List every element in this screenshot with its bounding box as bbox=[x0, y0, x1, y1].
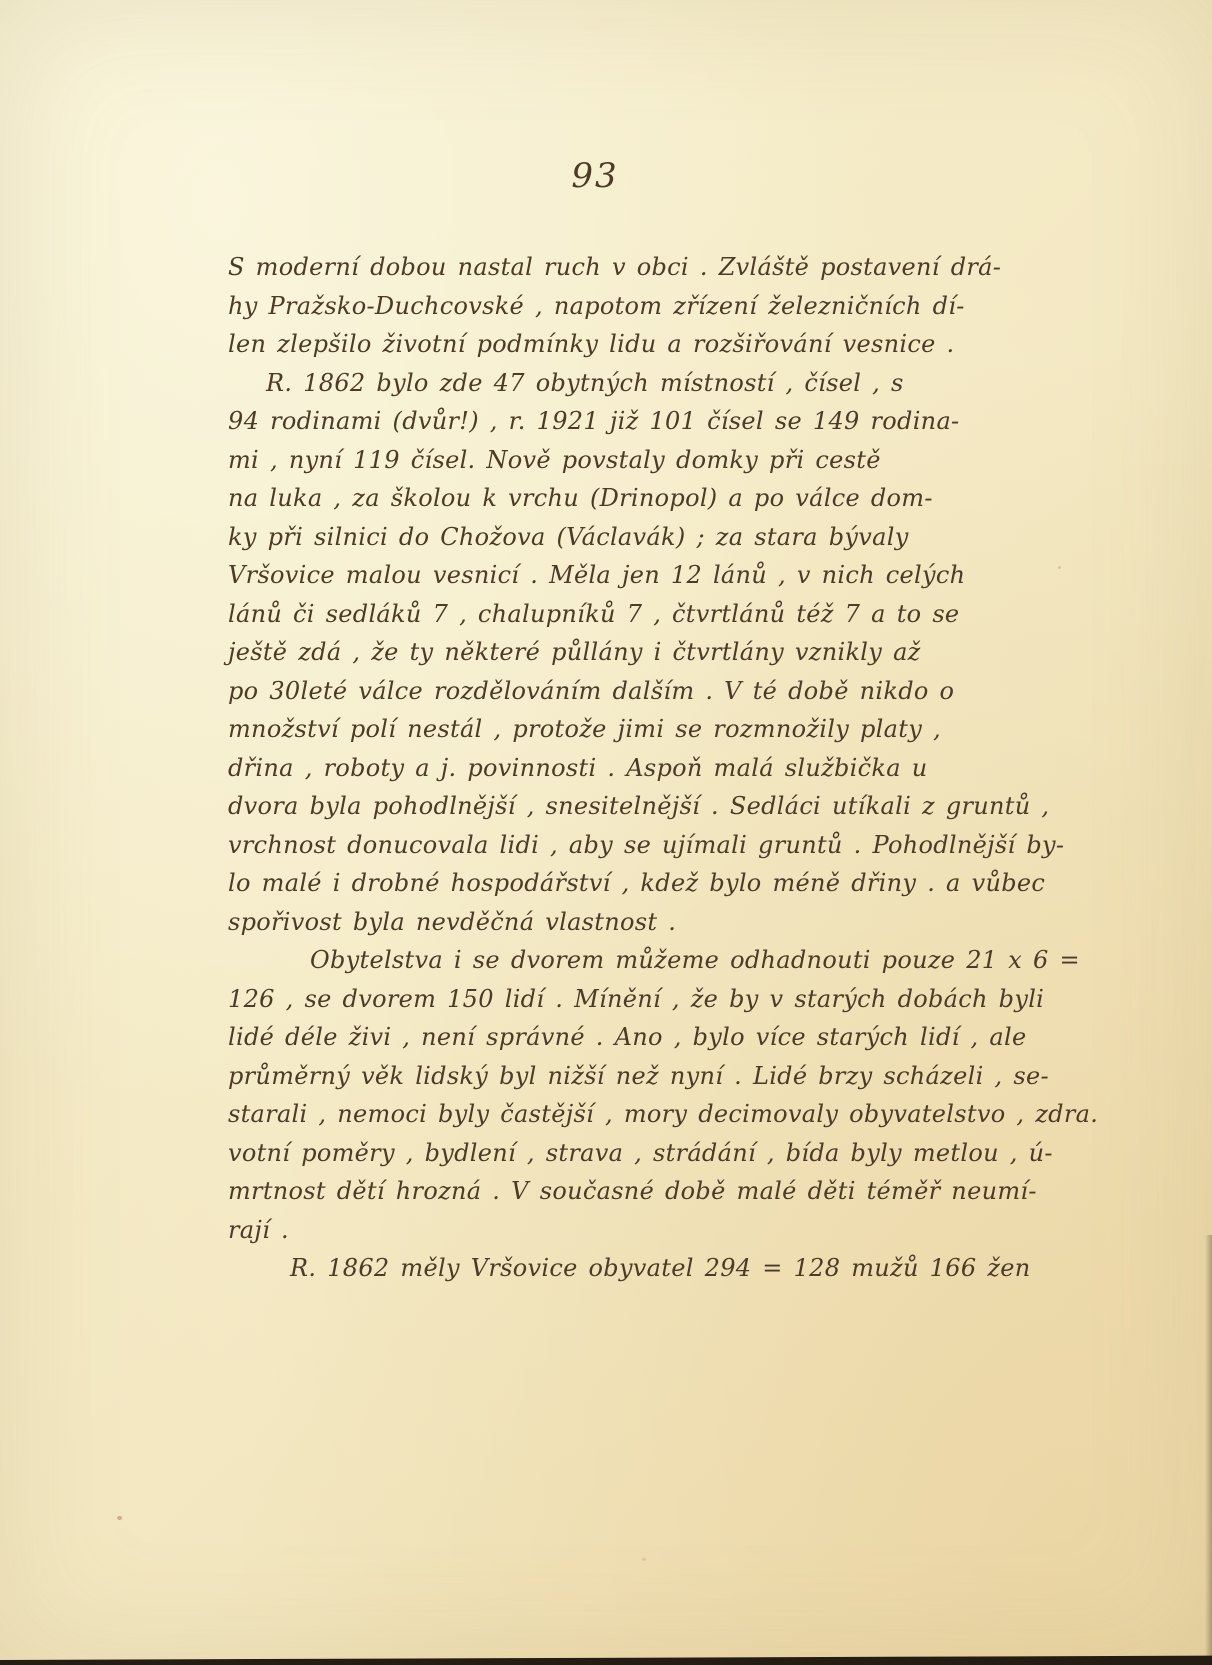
text-line: ještě zdá , že ty některé půllány i čtvr… bbox=[228, 633, 1048, 672]
text-line: votní poměry , bydlení , strava , strádá… bbox=[228, 1134, 1048, 1173]
paper-stain bbox=[642, 1558, 646, 1561]
text-line: rají . bbox=[228, 1211, 1048, 1250]
text-line: S moderní dobou nastal ruch v obci . Zvl… bbox=[228, 248, 1048, 287]
text-line: lánů či sedláků 7 , chalupníků 7 , čtvrt… bbox=[228, 595, 1048, 634]
paper-stain bbox=[1058, 566, 1061, 569]
paper-stain bbox=[117, 1516, 122, 1520]
text-line: len zlepšilo životní podmínky lidu a roz… bbox=[228, 325, 1048, 364]
manuscript-page: 93 S moderní dobou nastal ruch v obci . … bbox=[0, 0, 1212, 1665]
text-line: mi , nyní 119 čísel. Nově povstaly domky… bbox=[228, 441, 1048, 480]
text-line: Obytelstva i se dvorem můžeme odhadnouti… bbox=[310, 941, 1048, 980]
text-line: po 30leté válce rozdělováním dalším . V … bbox=[228, 672, 1048, 711]
text-line: dřina , roboty a j. povinnosti . Aspoň m… bbox=[228, 749, 1048, 788]
text-line: 94 rodinami (dvůr!) , r. 1921 již 101 čí… bbox=[228, 402, 1048, 441]
page-number: 93 bbox=[0, 156, 1190, 196]
text-line: průměrný věk lidský byl nižší než nyní .… bbox=[228, 1057, 1048, 1096]
text-line: mrtnost dětí hrozná . V současné době ma… bbox=[228, 1172, 1048, 1211]
text-line: hy Pražsko-Duchcovské , napotom zřízení … bbox=[228, 287, 1048, 326]
scan-edge-bottom bbox=[0, 1653, 1212, 1665]
text-line: starali , nemoci byly častější , mory de… bbox=[228, 1095, 1048, 1134]
text-line: Vršovice malou vesnicí . Měla jen 12 lán… bbox=[228, 556, 1048, 595]
text-line: lo malé i drobné hospodářství , kdež byl… bbox=[228, 864, 1048, 903]
text-line: R. 1862 bylo zde 47 obytných místností ,… bbox=[266, 364, 1048, 403]
text-line: dvora byla pohodlnější , snesitelnější .… bbox=[228, 787, 1048, 826]
text-line: vrchnost donucovala lidi , aby se ujímal… bbox=[228, 826, 1048, 865]
text-line: ky při silnici do Chožova (Václavák) ; z… bbox=[228, 518, 1048, 557]
text-line: 126 , se dvorem 150 lidí . Mínění , že b… bbox=[228, 980, 1048, 1019]
text-line: lidé déle živi , není správné . Ano , by… bbox=[228, 1018, 1048, 1057]
text-line: na luka , za školou k vrchu (Drinopol) a… bbox=[228, 479, 1048, 518]
manuscript-lines: S moderní dobou nastal ruch v obci . Zvl… bbox=[228, 248, 1048, 1288]
scan-edge-right-shadow bbox=[1205, 1235, 1212, 1665]
text-line: R. 1862 měly Vršovice obyvatel 294 = 128… bbox=[290, 1249, 1048, 1288]
text-line: množství polí nestál , protože jimi se r… bbox=[228, 710, 1048, 749]
text-line: spořivost byla nevděčná vlastnost . bbox=[228, 903, 1048, 942]
